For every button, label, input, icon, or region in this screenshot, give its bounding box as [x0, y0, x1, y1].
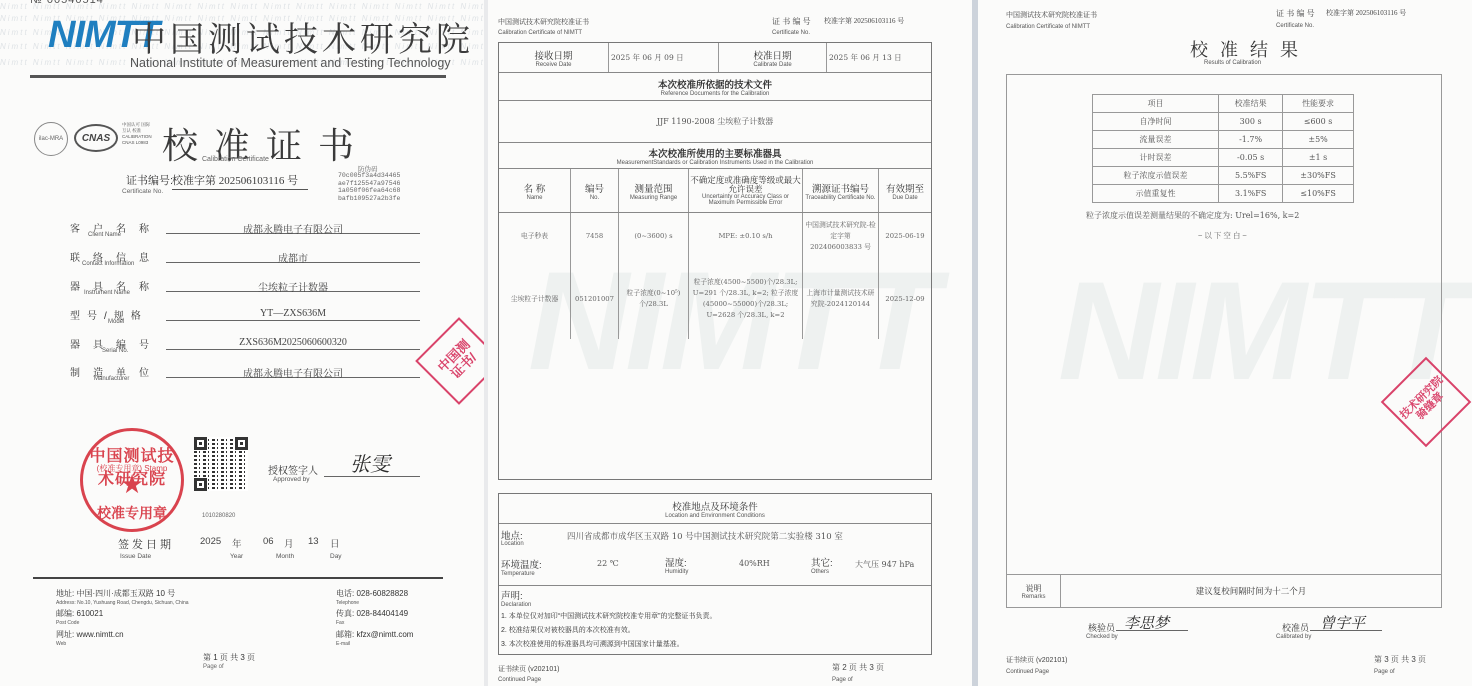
anti-fake-line: ae7f125547a97546	[338, 180, 400, 188]
column-header-en: Name	[526, 195, 542, 201]
column-header-cn: 编号	[585, 181, 604, 195]
cnas-badge-icon: CNAS	[74, 124, 118, 152]
calibrate-date-label-cell: 校准日期 Calibrate Date	[719, 43, 827, 72]
column-header-cn: 名 称	[524, 181, 546, 195]
location-label: 地点:	[501, 528, 523, 542]
page-number-en: Page of	[832, 677, 853, 683]
column-header: 性能要求	[1283, 95, 1354, 113]
field-label-en: Instrument Name	[84, 290, 130, 296]
calibrator-signature: 曾宇平	[1320, 612, 1365, 633]
table-cell: 尘埃粒子计数器	[499, 259, 571, 339]
footer-web[interactable]: 网址: www.nimtt.cn	[56, 629, 124, 640]
field-label-en: Contact Information	[82, 261, 134, 267]
page-number: 第 1 页 共 3 页	[203, 652, 255, 663]
declaration-label-en: Declaration	[499, 602, 931, 608]
approved-by-label-en: Approved by	[273, 476, 310, 483]
calibration-stamp: 中国测试技术研究院 (校准专用章) Stamp ★ 校准专用章	[80, 428, 184, 532]
table-cell: 2025-06-19	[879, 213, 931, 259]
table-cell: 300 s	[1219, 113, 1283, 131]
column-header: 不确定度或准确度等级或最大允许误差Uncertainty or Accuracy…	[689, 169, 803, 212]
qr-code[interactable]	[194, 437, 248, 491]
column-header-en: Measuring Range	[630, 195, 677, 201]
calibrate-date-value: 2025 年 06 月 13 日	[829, 52, 902, 63]
humidity-label: 湿度:	[665, 555, 687, 569]
calibrate-date-label: 校准日期	[753, 48, 791, 62]
header-divider	[30, 75, 446, 78]
table-cell: 流量误差	[1093, 131, 1219, 149]
cert-no-value: 校准字第 202506103116 号	[1326, 8, 1406, 18]
table-cell: 计时误差	[1093, 149, 1219, 167]
table-cell: 2025-12-09	[879, 259, 931, 339]
table-row: 尘埃粒子计数器 051201007 粒子浓度(0~10⁵)个/28.3L 粒子浓…	[499, 259, 931, 479]
receive-date-value: 2025 年 06 月 09 日	[611, 52, 684, 63]
field-value: 尘埃粒子计数器	[166, 279, 420, 294]
table-row: 示值重复性 3.1%FS ≤10%FS	[1093, 185, 1354, 203]
issue-year: 2025	[200, 536, 221, 547]
remarks-label-cell: 说明 Remarks	[1007, 575, 1061, 607]
temperature-label-en: Temperature	[501, 571, 535, 577]
standards-title-row: 本次校准所使用的主要标准器具 MeasurementStandards or C…	[499, 143, 931, 169]
table-cell: 3.1%FS	[1219, 185, 1283, 203]
results-title-en: Results of Calibration	[1204, 60, 1261, 66]
field-underline	[166, 349, 420, 350]
approved-by-label: 授权签字人	[268, 462, 318, 477]
column-header-cn: 不确定度或准确度等级或最大允许误差	[689, 176, 802, 194]
field-value: 成都永腾电子有限公司	[166, 365, 420, 380]
column-header-cn: 溯源证书编号	[812, 181, 869, 195]
results-title: 校准结果	[1190, 36, 1310, 62]
field-contact-information: 联络信息 Contact Information 成都市	[70, 249, 430, 273]
table-row: 计时误差 -0.05 s ±1 s	[1093, 149, 1354, 167]
footer-phone: 电话: 028-60828828	[336, 588, 408, 599]
others-label: 其它:	[811, 555, 833, 569]
temperature-label: 环境温度:	[501, 557, 542, 571]
table-cell: (0~3600) s	[619, 213, 689, 259]
checked-by-label-en: Checked by	[1086, 634, 1118, 640]
reference-docs-title: 本次校准所依据的技术文件	[658, 77, 772, 91]
qr-number: 1010280820	[202, 513, 235, 519]
continued-page-label: 证书续页 (v202101)	[1006, 655, 1067, 665]
table-cell: 示值重复性	[1093, 185, 1219, 203]
field-instrument-name: 器具名称 Instrument Name 尘埃粒子计数器	[70, 278, 430, 302]
column-header-en: Traceability Certificate No.	[805, 195, 875, 201]
declaration-section: 声明: Declaration 1. 本单位仅对加印“中国测试技术研究院校准专用…	[499, 586, 931, 654]
field-client-name: 客户名称 Client Name 成都永腾电子有限公司	[70, 220, 430, 244]
table-row: 流量误差 -1.7% ±5%	[1093, 131, 1354, 149]
checker-signature: 李思梦	[1124, 612, 1169, 633]
issue-month-en: Month	[276, 553, 294, 560]
table-cell: 5.5%FS	[1219, 167, 1283, 185]
footer-fax: 传真: 028-84404149	[336, 608, 408, 619]
certificate-page-1: Nimtt Nimtt Nimtt Nimtt Nimtt Nimtt Nimt…	[0, 0, 484, 686]
field-label-en: Model	[108, 319, 124, 325]
standards-title-cell: 本次校准所使用的主要标准器具 MeasurementStandards or C…	[499, 143, 931, 168]
receive-date-cell: 2025 年 06 月 09 日	[609, 43, 719, 72]
issue-day-unit: 日	[330, 536, 340, 550]
cert-no-value: 校准字第 202506103116 号	[824, 16, 904, 26]
location-value: 四川省成都市成华区玉双路 10 号中国测试技术研究院第二实验楼 310 室	[567, 530, 843, 542]
table-cell: -1.7%	[1219, 131, 1283, 149]
certificate-page-3: NIMTT 中国测试技术研究院校准证书 Calibration Certific…	[978, 0, 1472, 686]
table-cell: ±5%	[1283, 131, 1354, 149]
remarks-label-en: Remarks	[1021, 594, 1045, 600]
table-cell: ≤10%FS	[1283, 185, 1354, 203]
issue-month-unit: 月	[284, 536, 294, 550]
issue-year-en: Year	[230, 553, 243, 560]
others-label-en: Others	[811, 569, 829, 575]
footer-address: 地址: 中国·四川·成都玉双路 10 号	[56, 588, 175, 599]
environment-title-row: 校准地点及环境条件 Location and Environment Condi…	[499, 494, 931, 524]
footer-postcode-en: Post Code	[56, 620, 79, 626]
results-table: 项目 校准结果 性能要求 自净时间 300 s ≤600 s 流量误差 -1.7…	[1092, 94, 1354, 203]
standards-title-en: MeasurementStandards or Calibration Inst…	[617, 160, 814, 166]
environment-section: 校准地点及环境条件 Location and Environment Condi…	[498, 493, 932, 655]
page-number: 第 3 页 共 3 页	[1374, 654, 1426, 665]
issue-year-unit: 年	[232, 536, 242, 550]
cert-no-label: 证 书 编 号	[1276, 8, 1315, 19]
column-header-en: Uncertainty or Accuracy Class or Maximum…	[689, 194, 802, 206]
anti-fake-code: 70c005f3a4d34465 ae7f125547a97546 1a050f…	[338, 172, 400, 202]
receive-date-label-cell: 接收日期 Receive Date	[499, 43, 609, 72]
reference-value-cell: JJF 1190-2008 尘埃粒子计数器	[499, 101, 931, 142]
humidity-label-en: Humidity	[665, 569, 688, 575]
table-cell: ±30%FS	[1283, 167, 1354, 185]
qr-finder-icon	[194, 478, 207, 491]
certificate-no-label-en: Certificate No.	[122, 188, 163, 195]
environment-title-en: Location and Environment Conditions	[665, 513, 765, 519]
issue-date-label: 签发日期	[118, 536, 174, 552]
ilac-mra-badge-icon: ilac-MRA	[34, 122, 68, 156]
issue-day: 13	[308, 536, 319, 547]
field-label-en: Client Name	[88, 232, 121, 238]
field-label-en: Serial No.	[102, 348, 128, 354]
footer-address-en: Address: No.10, Yushuang Road, Chengdu, …	[56, 600, 189, 606]
field-value: 成都永腾电子有限公司	[166, 221, 420, 236]
remarks-label: 说明	[1026, 583, 1042, 594]
environment-title: 校准地点及环境条件	[672, 499, 758, 513]
cert-no-label-en: Certificate No.	[772, 30, 810, 36]
field-model: 型号/规格 Model YT—ZXS636M	[70, 307, 430, 331]
issue-date-label-en: Issue Date	[120, 553, 151, 560]
blank-below-note: ~以下空白~	[1198, 230, 1249, 241]
dates-row: 接收日期 Receive Date 2025 年 06 月 09 日 校准日期 …	[499, 43, 931, 73]
table-cell: 上海市计量测试技术研究院-2024120144	[803, 259, 879, 339]
column-header: 编号No.	[571, 169, 619, 212]
calibrated-by-label-en: Calibrated by	[1276, 634, 1311, 640]
table-cell: 粒子浓度(0~10⁵)个/28.3L	[619, 259, 689, 339]
calibration-info-table: 接收日期 Receive Date 2025 年 06 月 09 日 校准日期 …	[498, 42, 932, 480]
column-header: 项目	[1093, 95, 1219, 113]
issue-month: 06	[263, 536, 274, 547]
certificate-title-en: Calibration Certificate	[202, 156, 269, 163]
page-number: 第 2 页 共 3 页	[832, 662, 884, 673]
footer-postcode: 邮编: 610021	[56, 608, 103, 619]
footer-fax-en: Fax	[336, 620, 344, 626]
footer-divider	[33, 577, 443, 579]
declaration-item: 3. 本次校准使用的标准器具均可溯源到中国国家计量基准。	[499, 638, 931, 652]
anti-fake-line: bafb109527a2b3fe	[338, 195, 400, 203]
others-value: 大气压 947 hPa	[855, 559, 914, 570]
environment-values: 地点: Location 四川省成都市成华区玉双路 10 号中国测试技术研究院第…	[499, 524, 931, 586]
continued-page-label-en: Continued Page	[498, 677, 541, 683]
anti-fake-line: 1a050f06fea64c68	[338, 187, 400, 195]
table-cell: 粒子浓度示值误差	[1093, 167, 1219, 185]
declaration-label: 声明:	[499, 588, 931, 602]
column-header: 校准结果	[1219, 95, 1283, 113]
footer-web-en: Web	[56, 641, 66, 647]
table-cell: ±1 s	[1283, 149, 1354, 167]
issue-day-en: Day	[330, 553, 342, 560]
column-header: 名 称Name	[499, 169, 571, 212]
field-value: 成都市	[166, 250, 420, 265]
footer-phone-en: Telephone	[336, 600, 359, 606]
table-cell: 自净时间	[1093, 113, 1219, 131]
standards-header-row: 名 称Name 编号No. 测量范围Measuring Range 不确定度或准…	[499, 169, 931, 213]
star-icon: ★	[83, 471, 181, 497]
page-header-en: Calibration Certificate of NIMTT	[1006, 24, 1090, 30]
reference-docs-title-en: Reference Documents for the Calibration	[661, 91, 770, 97]
table-cell: ≤600 s	[1283, 113, 1354, 131]
reference-doc-value: JJF 1190-2008 尘埃粒子计数器	[657, 116, 773, 127]
field-manufacturer: 制造单位 Manufacturer 成都永腾电子有限公司	[70, 364, 430, 388]
field-value: YT—ZXS636M	[166, 308, 420, 319]
page-number-en: Page of	[203, 664, 224, 670]
table-cell: 电子秒表	[499, 213, 571, 259]
footer-email[interactable]: 邮箱: kfzx@nimtt.com	[336, 629, 413, 640]
table-cell: 7458	[571, 213, 619, 259]
continued-page-label: 证书续页 (v202101)	[498, 664, 559, 674]
column-header-cn: 有效期至	[886, 181, 924, 195]
stamp-bottom-text: 校准专用章	[83, 503, 181, 523]
table-cell: 粒子浓度(4500~5500)个/28.3L; U=291 个/28.3L, k…	[689, 259, 803, 339]
standards-title: 本次校准所使用的主要标准器具	[648, 146, 781, 160]
field-serial-no: 器具编号 Serial No. ZXS636M2025060600320	[70, 336, 430, 360]
reference-title-cell: 本次校准所依据的技术文件 Reference Documents for the…	[499, 73, 931, 100]
column-header-en: No.	[590, 195, 599, 201]
temperature-value: 22 ℃	[597, 559, 619, 568]
receive-date-label: 接收日期	[534, 48, 572, 62]
qr-finder-icon	[235, 437, 248, 450]
footer-email-en: E-mail	[336, 641, 350, 647]
page-header-cn: 中国测试技术研究院校准证书	[498, 17, 589, 27]
approver-signature: 张雯	[350, 448, 390, 477]
table-cell: 中国测试技术研究院-检定字第 202406003833 号	[803, 213, 879, 259]
institute-name-cn: 中国测试技术研究院	[132, 12, 474, 61]
serial-number: № 00540514	[30, 0, 104, 6]
table-cell: -0.05 s	[1219, 149, 1283, 167]
table-cell: 051201007	[571, 259, 619, 339]
certificate-no-label: 证书编号:	[126, 172, 173, 188]
remarks-value: 建议复校间隔时间为十二个月	[1196, 585, 1307, 597]
table-row: 粒子浓度示值误差 5.5%FS ±30%FS	[1093, 167, 1354, 185]
field-value: ZXS636M2025060600320	[166, 337, 420, 348]
accreditation-text: 中国认可 国际互认 校准 CALIBRATION CNAS L0983	[122, 122, 154, 146]
page-header-en: Calibration Certificate of NIMTT	[498, 30, 582, 36]
remarks-value-cell: 建议复校间隔时间为十二个月	[1061, 575, 1441, 607]
table-row: 电子秒表 7458 (0~3600) s MPE: ±0.10 s/h 中国测试…	[499, 213, 931, 259]
calibrate-date-cell: 2025 年 06 月 13 日	[827, 43, 931, 72]
field-label-en: Manufacturer	[94, 376, 129, 382]
humidity-value: 40%RH	[739, 559, 770, 568]
column-header: 有效期至Due Date	[879, 169, 931, 212]
field-underline	[166, 320, 420, 321]
remarks-row: 说明 Remarks 建议复校间隔时间为十二个月	[1006, 574, 1442, 608]
calibrated-by-label: 校准员	[1282, 621, 1309, 634]
anti-fake-line: 70c005f3a4d34465	[338, 172, 400, 180]
cert-no-label: 证 书 编 号	[772, 16, 811, 27]
column-header: 溯源证书编号Traceability Certificate No.	[803, 169, 879, 212]
receive-date-label-en: Receive Date	[535, 62, 571, 68]
calibrate-date-label-en: Calibrate Date	[753, 62, 791, 68]
institute-name-en: National Institute of Measurement and Te…	[130, 56, 451, 70]
reference-value-row: JJF 1190-2008 尘埃粒子计数器	[499, 101, 931, 143]
certificate-no-value: 校准字第 202506103116 号	[172, 172, 308, 190]
column-header-en: Due Date	[892, 195, 917, 201]
page-header-cn: 中国测试技术研究院校准证书	[1006, 10, 1097, 20]
location-label-en: Location	[501, 541, 524, 547]
declaration-item: 2. 校准结果仅对被校器具的本次校准有效。	[499, 624, 931, 638]
continued-page-label-en: Continued Page	[1006, 669, 1049, 675]
certificate-page-2: NIMTT 中国测试技术研究院校准证书 Calibration Certific…	[488, 0, 972, 686]
uncertainty-note: 粒子浓度示值误差测量结果的不确定度为: Urel=16%, k=2	[1086, 210, 1299, 221]
declaration-item: 1. 本单位仅对加印“中国测试技术研究院校准专用章”的完整证书负责。	[499, 610, 931, 624]
checked-by-label: 核验员	[1088, 621, 1115, 634]
qr-finder-icon	[194, 437, 207, 450]
column-header: 测量范围Measuring Range	[619, 169, 689, 212]
reference-title-row: 本次校准所依据的技术文件 Reference Documents for the…	[499, 73, 931, 101]
column-header-cn: 测量范围	[634, 181, 672, 195]
page-number-en: Page of	[1374, 669, 1395, 675]
table-cell: MPE: ±0.10 s/h	[689, 213, 803, 259]
cert-no-label-en: Certificate No.	[1276, 23, 1314, 29]
table-row: 自净时间 300 s ≤600 s	[1093, 113, 1354, 131]
table-header-row: 项目 校准结果 性能要求	[1093, 95, 1354, 113]
